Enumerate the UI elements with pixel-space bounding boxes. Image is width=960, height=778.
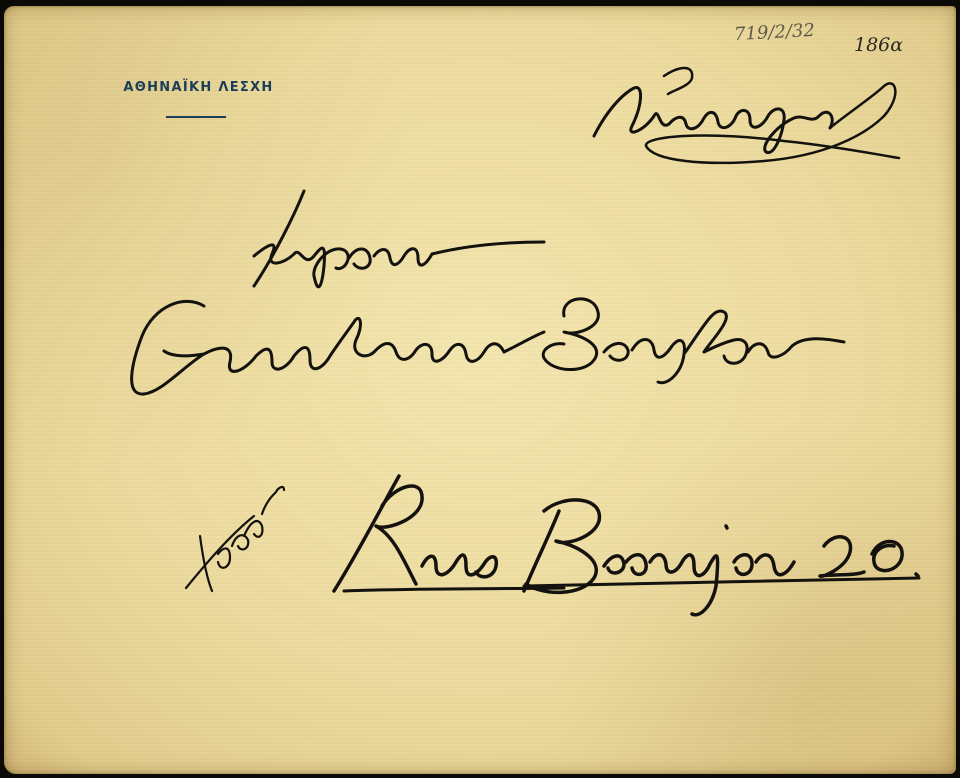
handwritten-street-address [4,6,956,774]
envelope: ΑΘΗΝΑΪΚΗ ΛΕΣΧΗ 719/2/32 186α Κύριον Ελευ… [4,6,956,774]
